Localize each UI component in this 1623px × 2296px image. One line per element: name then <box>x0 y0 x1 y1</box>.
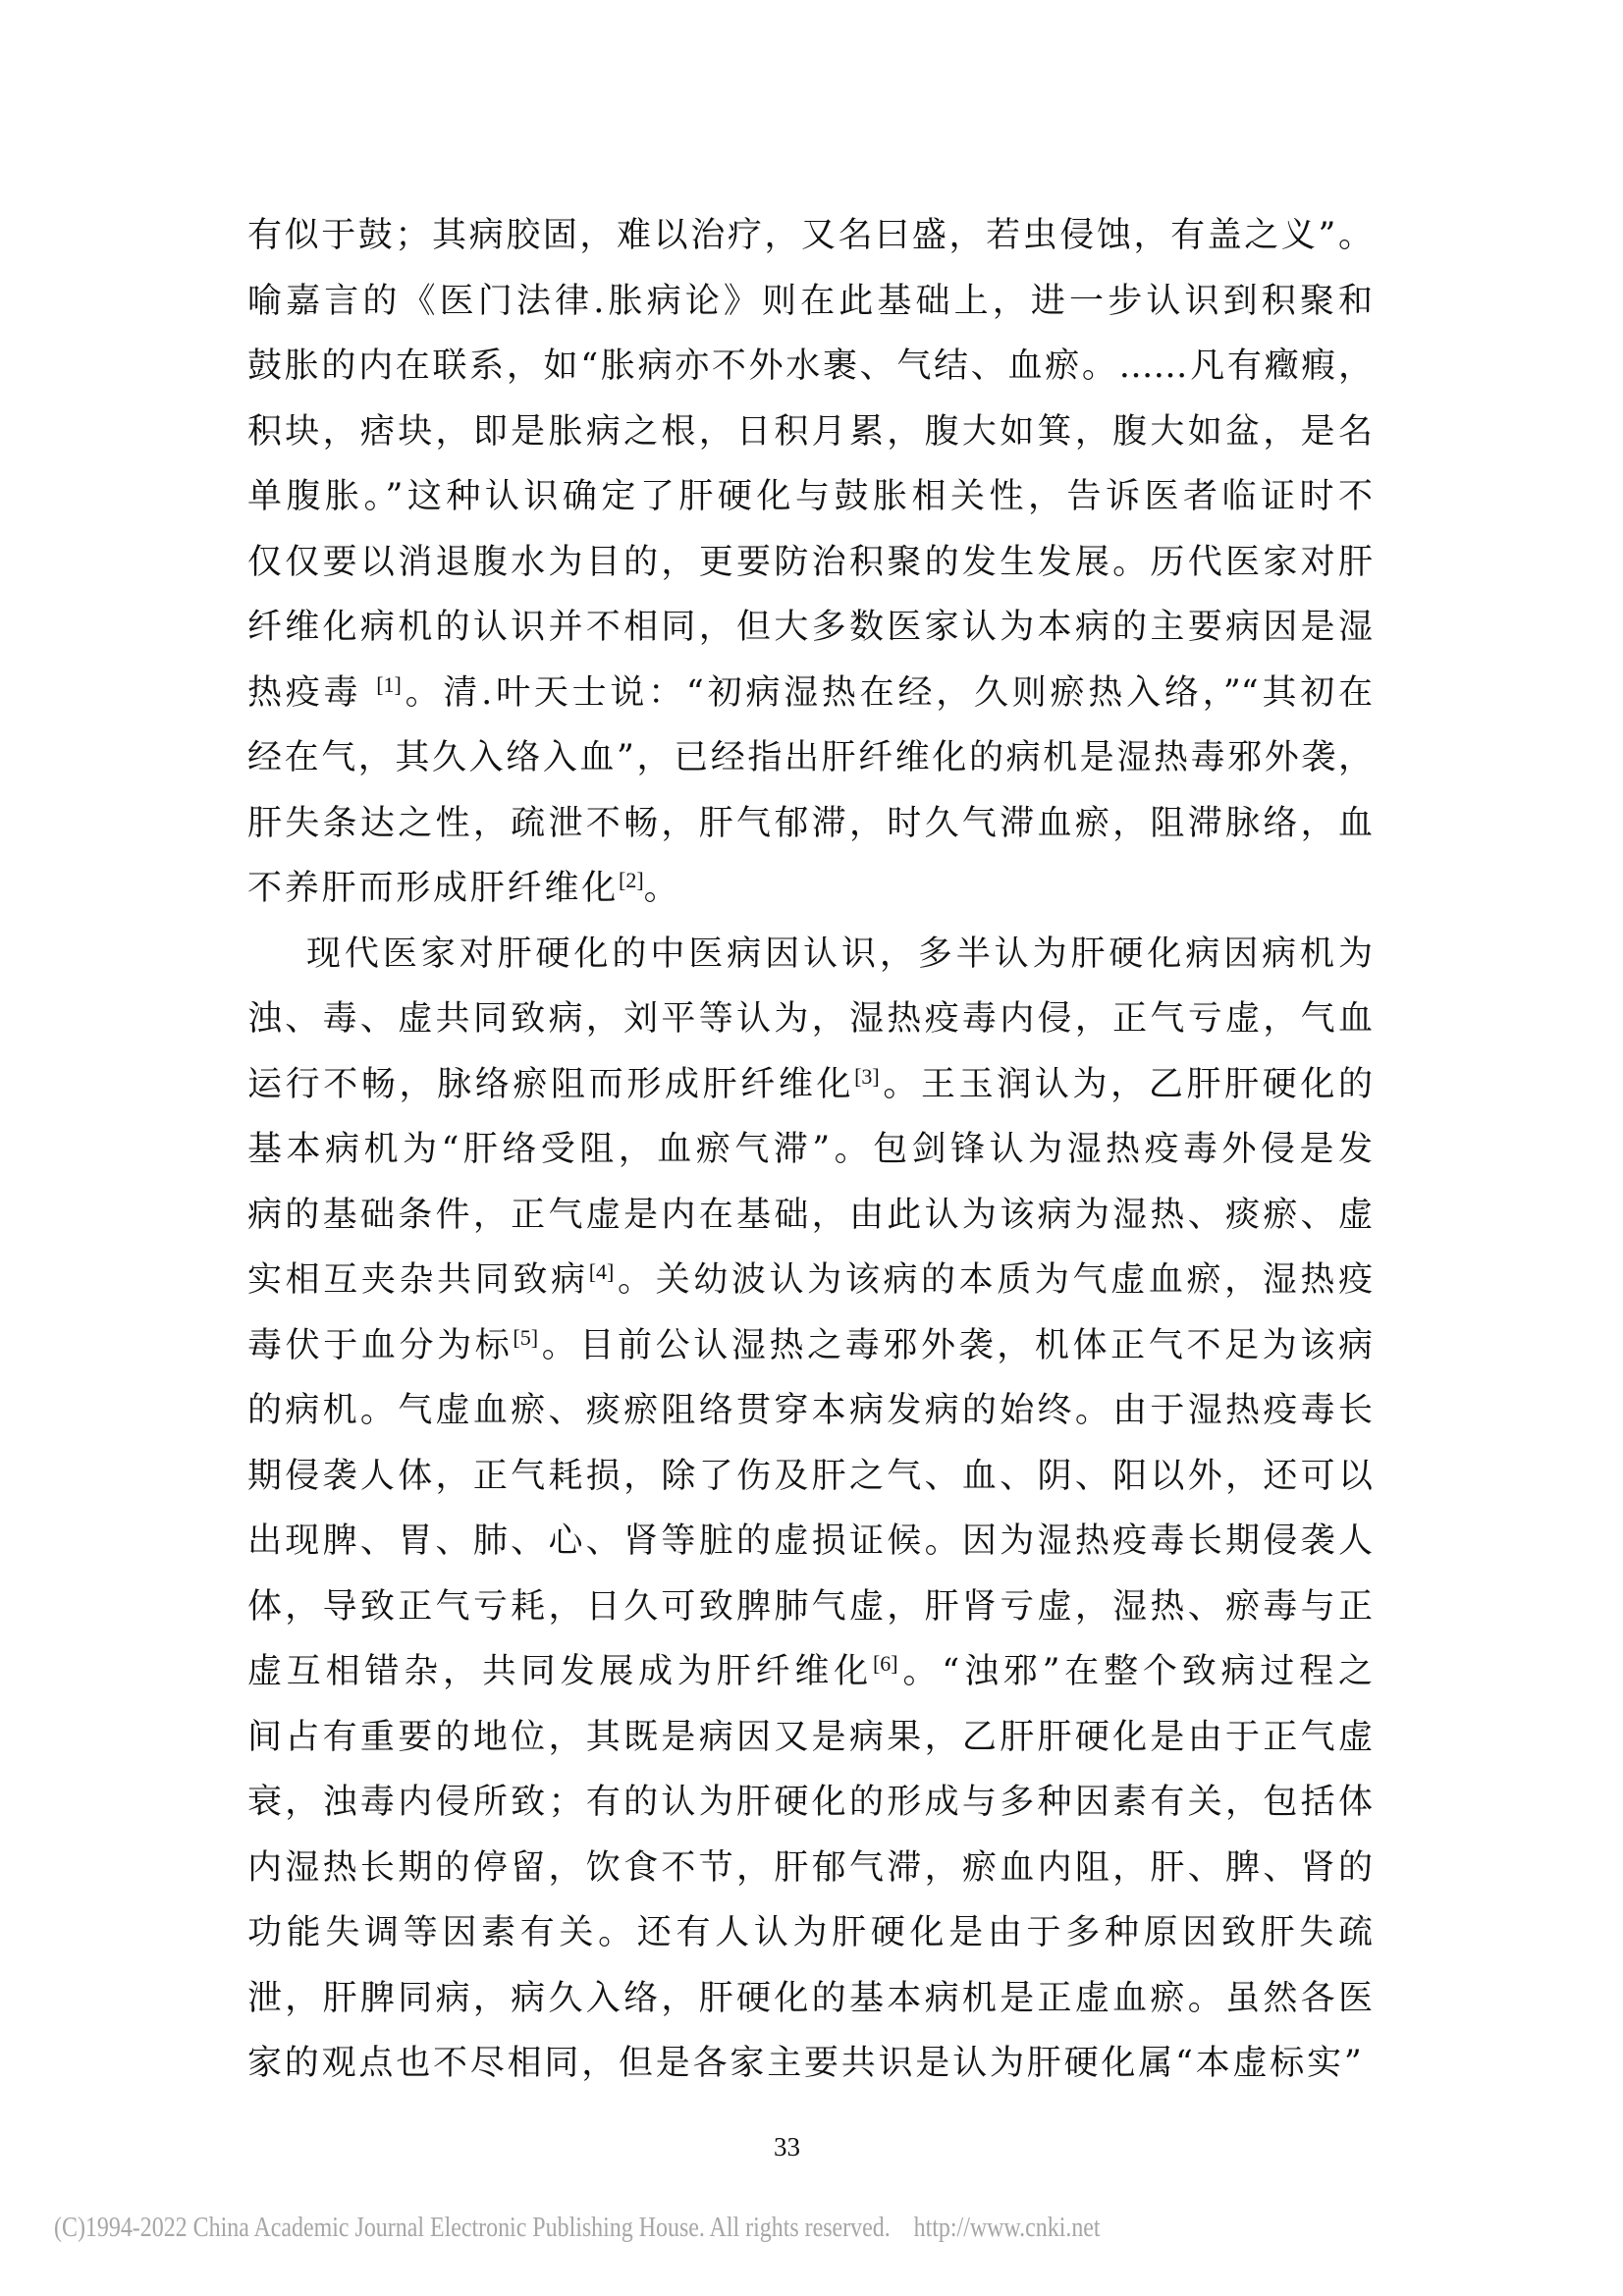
text-line: 病的基础条件，正气虚是内在基础，由此认为该病为湿热、痰瘀、虚 <box>247 1190 1373 1255</box>
text-line: 实相互夹杂共同致病[4]。关幼波认为该病的本质为气虚血瘀，湿热疫 <box>247 1255 1373 1320</box>
page-number: 33 <box>0 2132 1574 2163</box>
text-segment: 的病机。气虚血瘀、痰瘀阻络贯穿本病发病的始终。由于湿热疫毒长 <box>247 1391 1373 1430</box>
text-segment: 纤维化病机的认识并不相同，但大多数医家认为本病的主要病因是湿 <box>247 608 1373 647</box>
text-segment: 期侵袭人体，正气耗损，除了伤及肝之气、血、阴、阳以外，还可以 <box>247 1457 1373 1496</box>
text-segment: 经在气，其久入络入血”，已经指出肝纤维化的病机是湿热毒邪外袭， <box>247 738 1373 777</box>
text-segment: 虚互相错杂，共同发展成为肝纤维化 <box>247 1652 873 1691</box>
text-line: 期侵袭人体，正气耗损，除了伤及肝之气、血、阴、阳以外，还可以 <box>247 1451 1373 1517</box>
article-body: 有似于鼓；其病胶固，难以治疗，又名曰盛，若虫侵蚀，有盖之义”。喻嘉言的《医门法律… <box>247 210 1373 2104</box>
text-line: 体，导致正气亏耗，日久可致脾肺气虚，肝肾亏虚，湿热、瘀毒与正 <box>247 1581 1373 1647</box>
text-line: 现代医家对肝硬化的中医病因认识，多半认为肝硬化病因病机为 <box>247 929 1373 994</box>
text-line: 喻嘉言的《医门法律.胀病论》则在此基础上，进一步认识到积聚和 <box>247 276 1373 342</box>
text-line: 家的观点也不尽相同，但是各家主要共识是认为肝硬化属“本虚标实” <box>247 2038 1373 2104</box>
citation-reference[interactable]: [5] <box>513 1325 538 1350</box>
paragraph: 有似于鼓；其病胶固，难以治疗，又名曰盛，若虫侵蚀，有盖之义”。喻嘉言的《医门法律… <box>247 210 1373 929</box>
text-segment: 。王玉润认为，乙肝肝硬化的 <box>880 1065 1373 1104</box>
text-line: 基本病机为“肝络受阻，血瘀气滞”。包剑锋认为湿热疫毒外侵是发 <box>247 1124 1373 1190</box>
text-segment: 浊、毒、虚共同致病，刘平等认为，湿热疫毒内侵，正气亏虚，气血 <box>247 999 1373 1039</box>
text-line: 经在气，其久入络入血”，已经指出肝纤维化的病机是湿热毒邪外袭， <box>247 732 1373 798</box>
text-segment: 单腹胀。”这种认识确定了肝硬化与鼓胀相关性，告诉医者临证时不 <box>247 477 1373 516</box>
text-line: 纤维化病机的认识并不相同，但大多数医家认为本病的主要病因是湿 <box>247 602 1373 667</box>
text-line: 毒伏于血分为标[5]。目前公认湿热之毒邪外袭，机体正气不足为该病 <box>247 1320 1373 1386</box>
paragraph: 现代医家对肝硬化的中医病因认识，多半认为肝硬化病因病机为浊、毒、虚共同致病，刘平… <box>247 929 1373 2104</box>
text-segment: 积块，痞块，即是胀病之根，日积月累，腹大如箕，腹大如盆，是名 <box>247 412 1373 452</box>
text-segment: 家的观点也不尽相同，但是各家主要共识是认为肝硬化属“本虚标实” <box>247 2044 1365 2083</box>
text-line: 仅仅要以消退腹水为目的，更要防治积聚的发生发展。历代医家对肝 <box>247 537 1373 603</box>
text-segment: 毒伏于血分为标 <box>247 1326 513 1365</box>
text-segment: 。目前公认湿热之毒邪外袭，机体正气不足为该病 <box>538 1326 1373 1365</box>
text-line: 鼓胀的内在联系，如“胀病亦不外水裹、气结、血瘀。……凡有癥瘕， <box>247 341 1373 406</box>
text-segment: 。“浊邪”在整个致病过程之 <box>898 1652 1373 1691</box>
text-segment: 。清.叶天士说：“初病湿热在经，久则瘀热入络，”“其初在 <box>402 673 1373 713</box>
text-segment: 衰，浊毒内侵所致；有的认为肝硬化的形成与多种因素有关，包括体 <box>247 1783 1373 1822</box>
text-segment: 功能失调等因素有关。还有人认为肝硬化是由于多种原因致肝失疏 <box>247 1913 1373 1952</box>
text-segment: 泄，肝脾同病，病久入络，肝硬化的基本病机是正虚血瘀。虽然各医 <box>247 1979 1373 2018</box>
text-segment: 运行不畅，脉络瘀阻而形成肝纤维化 <box>247 1065 854 1104</box>
text-line: 的病机。气虚血瘀、痰瘀阻络贯穿本病发病的始终。由于湿热疫毒长 <box>247 1385 1373 1451</box>
citation-reference[interactable]: [6] <box>873 1651 898 1676</box>
text-line: 有似于鼓；其病胶固，难以治疗，又名曰盛，若虫侵蚀，有盖之义”。 <box>247 210 1373 276</box>
text-segment: 。关幼波认为该病的本质为气虚血瘀，湿热疫 <box>614 1260 1373 1300</box>
text-line: 运行不畅，脉络瘀阻而形成肝纤维化[3]。王玉润认为，乙肝肝硬化的 <box>247 1059 1373 1125</box>
text-line: 衰，浊毒内侵所致；有的认为肝硬化的形成与多种因素有关，包括体 <box>247 1777 1373 1842</box>
text-line: 单腹胀。”这种认识确定了肝硬化与鼓胀相关性，告诉医者临证时不 <box>247 471 1373 537</box>
text-segment: 仅仅要以消退腹水为目的，更要防治积聚的发生发展。历代医家对肝 <box>247 543 1373 582</box>
text-line: 不养肝而形成肝纤维化[2]。 <box>247 863 1373 929</box>
text-line: 虚互相错杂，共同发展成为肝纤维化[6]。“浊邪”在整个致病过程之 <box>247 1646 1373 1712</box>
text-segment: 病的基础条件，正气虚是内在基础，由此认为该病为湿热、痰瘀、虚 <box>247 1196 1373 1235</box>
text-line: 出现脾、胃、肺、心、肾等脏的虚损证候。因为湿热疫毒长期侵袭人 <box>247 1516 1373 1581</box>
text-segment: 实相互夹杂共同致病 <box>247 1260 589 1300</box>
text-segment: 基本病机为“肝络受阻，血瘀气滞”。包剑锋认为湿热疫毒外侵是发 <box>247 1130 1373 1169</box>
text-segment: 肝失条达之性，疏泄不畅，肝气郁滞，时久气滞血瘀，阻滞脉络，血 <box>247 804 1373 843</box>
text-segment: 现代医家对肝硬化的中医病因认识，多半认为肝硬化病因病机为 <box>306 934 1373 974</box>
text-line: 内湿热长期的停留，饮食不节，肝郁气滞，瘀血内阻，肝、脾、肾的 <box>247 1842 1373 1908</box>
text-line: 积块，痞块，即是胀病之根，日积月累，腹大如箕，腹大如盆，是名 <box>247 406 1373 472</box>
text-line: 肝失条达之性，疏泄不畅，肝气郁滞，时久气滞血瘀，阻滞脉络，血 <box>247 798 1373 864</box>
text-line: 泄，肝脾同病，病久入络，肝硬化的基本病机是正虚血瘀。虽然各医 <box>247 1973 1373 2039</box>
text-segment: 喻嘉言的《医门法律.胀病论》则在此基础上，进一步认识到积聚和 <box>247 282 1373 321</box>
text-segment: 有似于鼓；其病胶固，难以治疗，又名曰盛，若虫侵蚀，有盖之义”。 <box>247 216 1373 255</box>
text-segment: 间占有重要的地位，其既是病因又是病果，乙肝肝硬化是由于正气虚 <box>247 1718 1373 1757</box>
citation-reference[interactable]: [4] <box>589 1259 615 1284</box>
citation-reference[interactable]: [2] <box>619 868 644 892</box>
text-segment: 热疫毒 <box>247 673 376 713</box>
text-segment: 内湿热长期的停留，饮食不节，肝郁气滞，瘀血内阻，肝、脾、肾的 <box>247 1848 1373 1888</box>
text-segment: 体，导致正气亏耗，日久可致脾肺气虚，肝肾亏虚，湿热、瘀毒与正 <box>247 1587 1373 1627</box>
citation-reference[interactable]: [1] <box>376 672 402 697</box>
text-segment: 不养肝而形成肝纤维化 <box>247 869 619 908</box>
citation-reference[interactable]: [3] <box>854 1064 880 1089</box>
text-line: 热疫毒 [1]。清.叶天士说：“初病湿热在经，久则瘀热入络，”“其初在 <box>247 667 1373 733</box>
text-line: 浊、毒、虚共同致病，刘平等认为，湿热疫毒内侵，正气亏虚，气血 <box>247 993 1373 1059</box>
copyright-notice: (C)1994-2022 China Academic Journal Elec… <box>54 2213 1101 2244</box>
text-line: 间占有重要的地位，其既是病因又是病果，乙肝肝硬化是由于正气虚 <box>247 1712 1373 1778</box>
text-segment: 。 <box>644 869 681 908</box>
text-segment: 出现脾、胃、肺、心、肾等脏的虚损证候。因为湿热疫毒长期侵袭人 <box>247 1522 1373 1561</box>
text-line: 功能失调等因素有关。还有人认为肝硬化是由于多种原因致肝失疏 <box>247 1907 1373 1973</box>
text-segment: 鼓胀的内在联系，如“胀病亦不外水裹、气结、血瘀。……凡有癥瘕， <box>247 347 1373 386</box>
document-page: 有似于鼓；其病胶固，难以治疗，又名曰盛，若虫侵蚀，有盖之义”。喻嘉言的《医门法律… <box>0 0 1623 2296</box>
